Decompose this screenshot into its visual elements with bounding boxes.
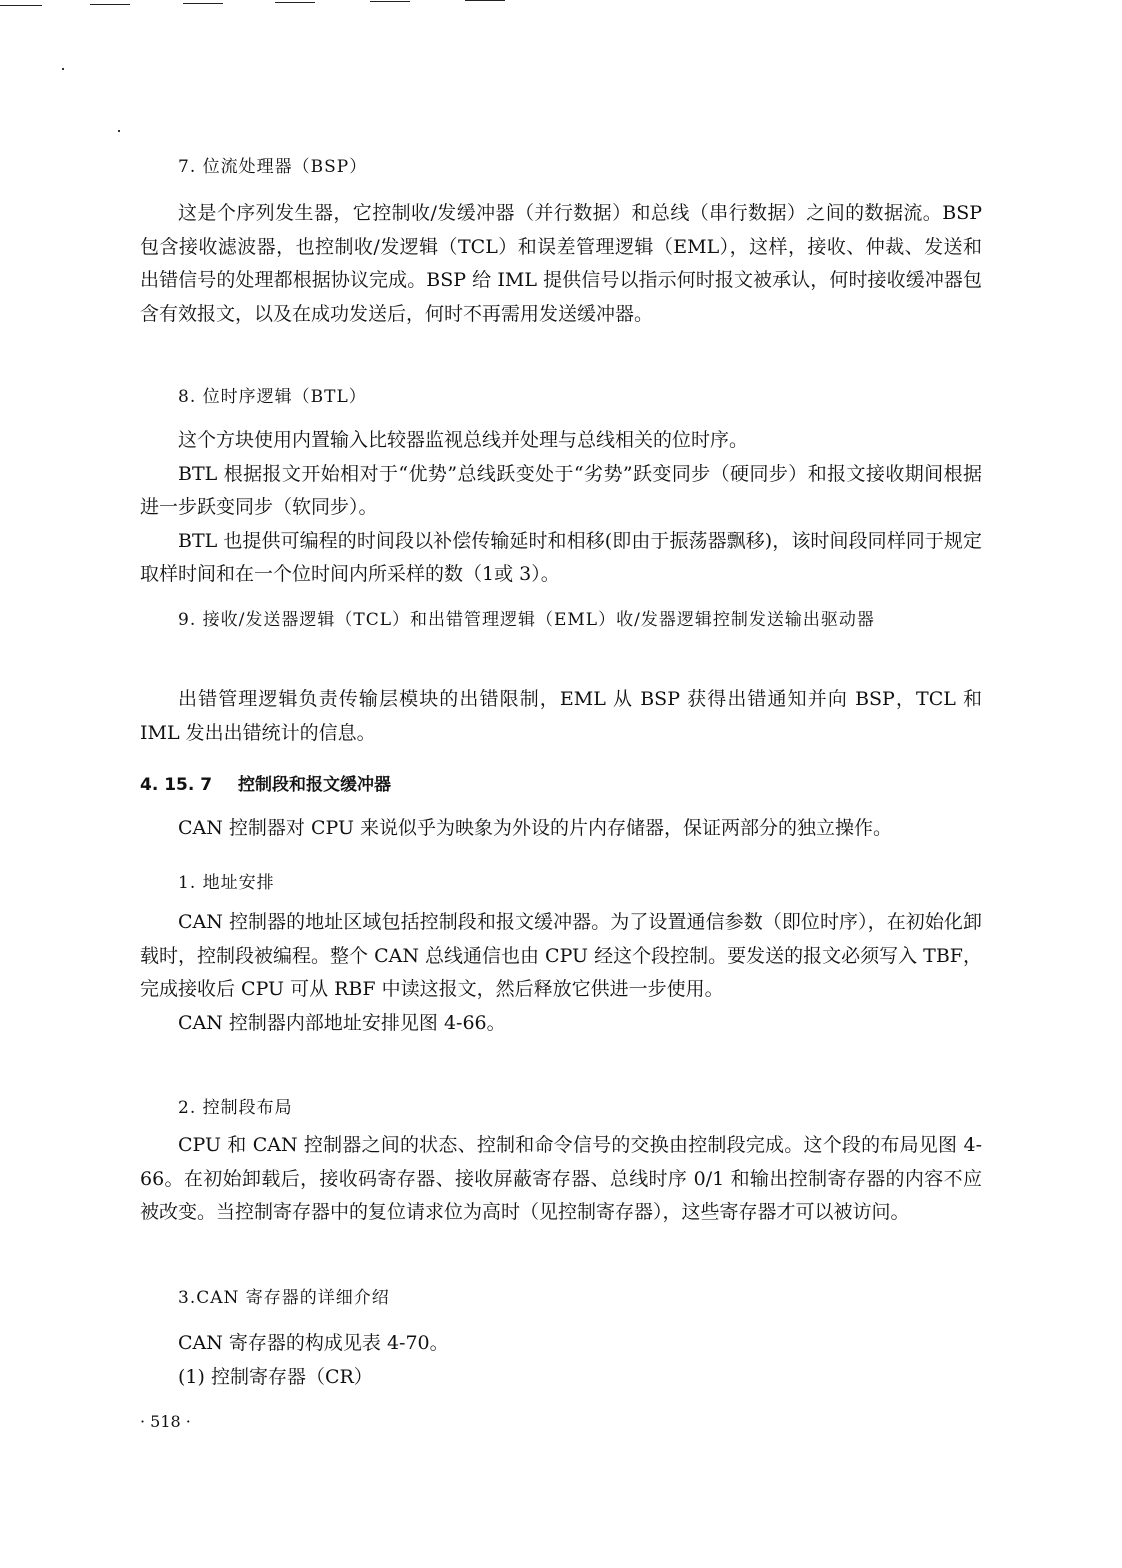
scan-rule (90, 4, 130, 5)
paragraph: BTL 根据报文开始相对于“优势”总线跃变处于“劣势”跃变同步（硬同步）和报文接… (140, 458, 982, 525)
scan-rule (183, 3, 223, 4)
paragraph: CAN 控制器的地址区域包括控制段和报文缓冲器。为了设置通信参数（即位时序），在… (140, 906, 982, 1007)
page-number: · 518 · (140, 1412, 191, 1431)
scan-speck (62, 68, 64, 70)
section-heading-9: 9. 接收/发送器逻辑（TCL）和出错管理逻辑（EML）收/发器逻辑控制发送输出… (178, 602, 1006, 638)
paragraph: 出错管理逻辑负责传输层模块的出错限制，EML 从 BSP 获得出错通知并向 BS… (140, 683, 982, 750)
scan-speck (118, 130, 120, 132)
paragraph: CAN 寄存器的构成见表 4-70。 (140, 1327, 982, 1361)
section-intro: CAN 控制器对 CPU 来说似乎为映象为外设的片内存储器，保证两部分的独立操作… (140, 812, 982, 846)
paragraph: CPU 和 CAN 控制器之间的状态、控制和命令信号的交换由控制段完成。这个段的… (140, 1129, 982, 1230)
subsection-heading-1: 1. 地址安排 (178, 868, 275, 893)
subsection-heading-3: 3.CAN 寄存器的详细介绍 (178, 1283, 390, 1308)
section-number: 4. 15. 7 (140, 775, 212, 795)
scan-rule (275, 2, 315, 3)
section-title: 控制段和报文缓冲器 (238, 775, 391, 795)
subsection-3-body: CAN 寄存器的构成见表 4-70。 (1) 控制寄存器（CR） (140, 1327, 982, 1394)
subsection-2-body: CPU 和 CAN 控制器之间的状态、控制和命令信号的交换由控制段完成。这个段的… (140, 1129, 982, 1230)
section-9-body: 出错管理逻辑负责传输层模块的出错限制，EML 从 BSP 获得出错通知并向 BS… (140, 683, 982, 750)
section-title-4-15-7: 4. 15. 7 控制段和报文缓冲器 (140, 770, 391, 795)
subsection-heading-2: 2. 控制段布局 (178, 1093, 293, 1118)
section-heading-7: 7. 位流处理器（BSP） (178, 152, 367, 177)
paragraph: BTL 也提供可编程的时间段以补偿传输延时和相移(即由于振荡器飘移)，该时间段同… (140, 525, 982, 592)
section-heading-8: 8. 位时序逻辑（BTL） (178, 382, 367, 407)
subsection-1-body: CAN 控制器的地址区域包括控制段和报文缓冲器。为了设置通信参数（即位时序），在… (140, 906, 982, 1040)
scan-rule (370, 1, 410, 2)
section-7-body: 这是个序列发生器，它控制收/发缓冲器（并行数据）和总线（串行数据）之间的数据流。… (140, 197, 982, 331)
paragraph: CAN 控制器内部地址安排见图 4-66。 (140, 1007, 982, 1041)
scan-rule (0, 5, 42, 6)
scan-rule (465, 0, 505, 1)
paragraph: 这个方块使用内置输入比较器监视总线并处理与总线相关的位时序。 (140, 424, 982, 458)
paragraph: 这是个序列发生器，它控制收/发缓冲器（并行数据）和总线（串行数据）之间的数据流。… (140, 197, 982, 331)
paragraph: (1) 控制寄存器（CR） (140, 1361, 982, 1395)
section-8-body: 这个方块使用内置输入比较器监视总线并处理与总线相关的位时序。 BTL 根据报文开… (140, 424, 982, 592)
paragraph: CAN 控制器对 CPU 来说似乎为映象为外设的片内存储器，保证两部分的独立操作… (140, 812, 982, 846)
